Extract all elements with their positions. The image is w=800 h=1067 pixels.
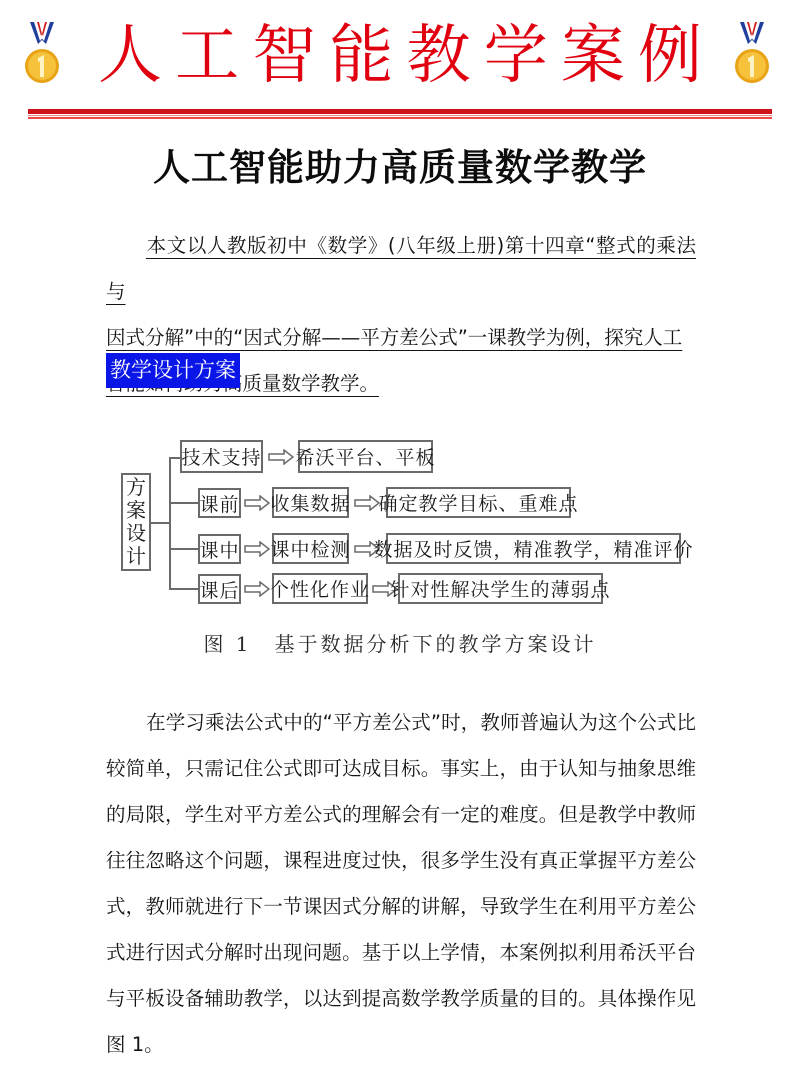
step-box: 数据及时反馈，精准教学，精准评价: [386, 533, 681, 564]
figure-caption: 图 1 基于数据分析下的教学方案设计: [0, 628, 800, 657]
stage-box-in-class: 课中: [198, 534, 241, 564]
step-box: 个性化作业: [272, 573, 368, 604]
body-text: 在学习乘法公式中的“平方差公式”时，教师普遍认为这个公式比较简单，只需记住公式即…: [106, 711, 696, 1056]
connector-line: [169, 457, 171, 590]
connector-line: [151, 522, 170, 524]
diagram-root-box: 方 案 设 计: [121, 473, 151, 571]
arrow-right-icon: [354, 495, 380, 511]
connector-line: [169, 548, 198, 550]
stage-box-before-class: 课前: [198, 488, 241, 518]
connector-line: [169, 502, 198, 504]
stage-box-tech-support: 技术支持: [180, 440, 263, 473]
root-char: 方: [126, 476, 146, 499]
step-box: 针对性解决学生的薄弱点: [398, 573, 603, 604]
arrow-right-icon: [244, 581, 270, 597]
root-char: 案: [126, 499, 146, 522]
root-char: 计: [126, 545, 146, 568]
connector-line: [169, 588, 198, 590]
step-box: 课中检测: [272, 533, 349, 564]
arrow-right-icon: [244, 495, 270, 511]
step-box: 希沃平台、平板: [298, 440, 433, 473]
arrow-right-icon: [244, 541, 270, 557]
root-char: 设: [126, 522, 146, 545]
stage-box-after-class: 课后: [198, 574, 241, 604]
step-box: 确定教学目标、重难点: [386, 487, 571, 518]
flow-diagram: 方 案 设 计 技术支持 希沃平台、平板 课前 收集数据 确定教学目标、重难点 …: [0, 0, 800, 700]
arrow-right-icon: [268, 449, 294, 465]
step-box: 收集数据: [272, 487, 349, 518]
body-paragraph: 在学习乘法公式中的“平方差公式”时，教师普遍认为这个公式比较简单，只需记住公式即…: [106, 700, 696, 1067]
